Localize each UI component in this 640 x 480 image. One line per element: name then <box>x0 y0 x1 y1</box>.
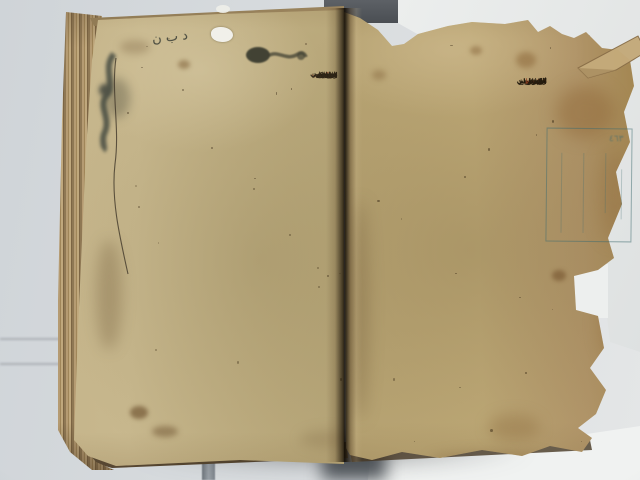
paper-stain <box>516 52 536 68</box>
stamp-rule <box>605 153 607 213</box>
speck <box>552 120 554 122</box>
stamp-glyphs: ٤٦٣ <box>553 134 623 145</box>
stamp-rule <box>621 169 623 219</box>
stamp-rule <box>582 153 584 233</box>
ink-blot <box>244 42 308 72</box>
speck <box>155 349 157 351</box>
right-text-block: زسز الغكىضقه العثذثث الرغر نطمثث صخه عجك… <box>368 76 553 453</box>
manuscript-photo: ظثطغ فقححذش عش غذتكى ظعنحن النض ثفتص زتك… <box>0 0 640 480</box>
speck <box>138 206 140 208</box>
left-text-block: ظثطغ فقححذش عش غذتكى ظعنحن النض ثفتص زتك… <box>166 69 338 405</box>
paper-stain <box>130 406 148 419</box>
paper-stain <box>178 60 190 69</box>
speck <box>450 45 452 47</box>
speck <box>552 309 554 310</box>
speck <box>581 441 582 442</box>
margin-ruled-line <box>106 58 136 278</box>
speck <box>550 47 551 49</box>
speck <box>141 67 143 68</box>
library-stamp-box: ٤٦٣ <box>545 128 632 243</box>
stamp-rule <box>560 153 562 233</box>
torn-corner-flap <box>574 30 640 82</box>
paper-stain <box>152 426 178 437</box>
paper-stain <box>470 46 482 55</box>
cloth-crease <box>0 338 66 340</box>
manuscript-text-line: السذة الهظظظ الفمر تجى عر البره ثسبو جع … <box>449 76 547 88</box>
white-paper-chip <box>211 27 233 42</box>
paper-stain <box>552 270 566 281</box>
white-paper-chip-small <box>216 5 230 13</box>
speck <box>158 242 159 244</box>
